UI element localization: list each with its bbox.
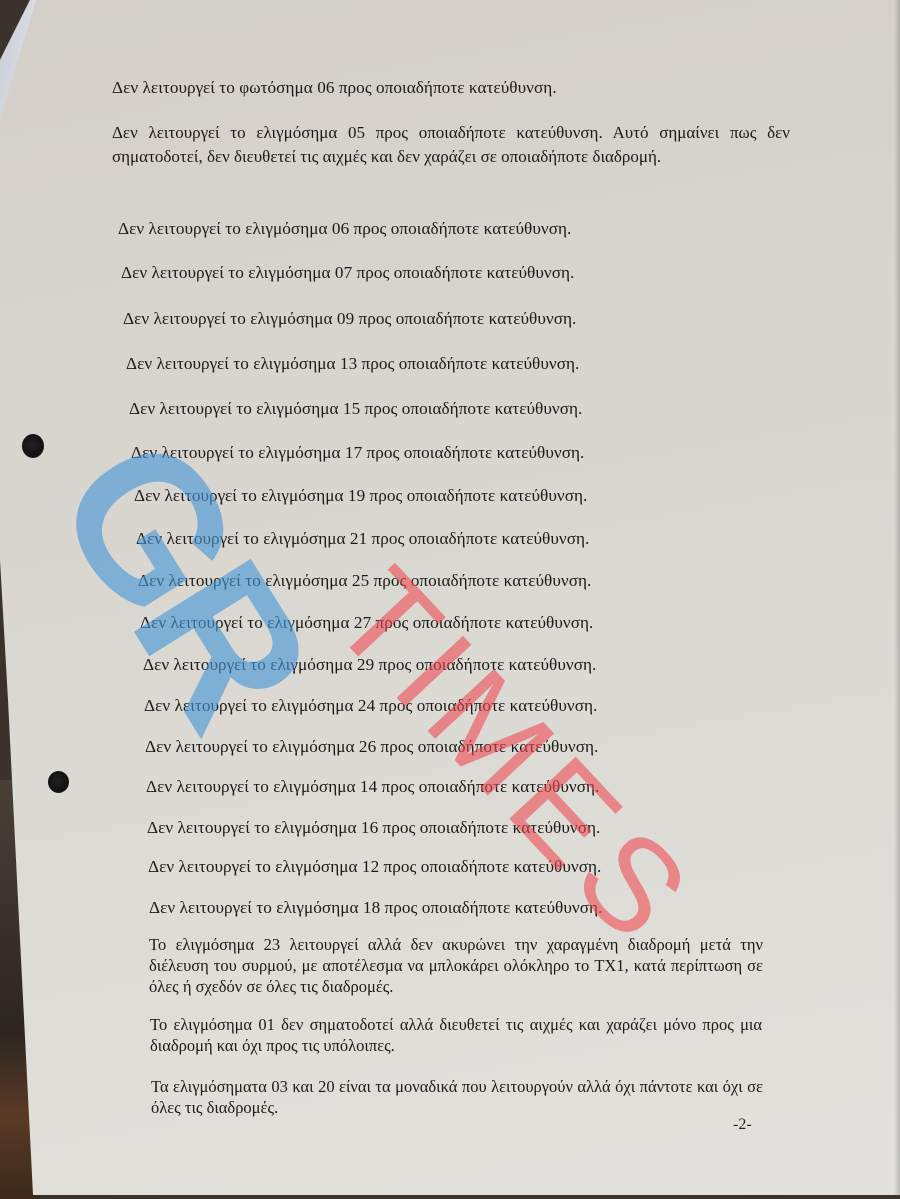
punch-hole-icon <box>48 771 69 793</box>
punch-hole-icon <box>22 434 44 458</box>
status-line: Δεν λειτουργεί το ελιγμόσημα 21 προς οπο… <box>136 527 589 551</box>
status-line: Δεν λειτουργεί το ελιγμόσημα 15 προς οπο… <box>129 397 582 421</box>
status-line: Δεν λειτουργεί το ελιγμόσημα 12 προς οπο… <box>148 855 601 879</box>
paragraph-signal-05: Δεν λειτουργεί το ελιγμόσημα 05 προς οπο… <box>112 121 790 169</box>
status-line: Δεν λειτουργεί το ελιγμόσημα 17 προς οπο… <box>131 441 584 465</box>
paragraph-signal-01: Το ελιγμόσημα 01 δεν σηματοδοτεί αλλά δι… <box>150 1014 762 1056</box>
status-line: Δεν λειτουργεί το ελιγμόσημα 19 προς οπο… <box>134 484 587 508</box>
status-line: Δεν λειτουργεί το ελιγμόσημα 09 προς οπο… <box>123 307 576 331</box>
page-fold-corner <box>0 0 36 120</box>
status-line: Δεν λειτουργεί το ελιγμόσημα 29 προς οπο… <box>143 653 596 677</box>
status-line: Δεν λειτουργεί το ελιγμόσημα 13 προς οπο… <box>126 352 579 376</box>
status-line: Δεν λειτουργεί το ελιγμόσημα 25 προς οπο… <box>138 569 591 593</box>
status-line: Δεν λειτουργεί το ελιγμόσημα 06 προς οπο… <box>118 217 571 241</box>
status-line: Δεν λειτουργεί το ελιγμόσημα 07 προς οπο… <box>121 261 574 285</box>
document-page: Δεν λειτουργεί το φωτόσημα 06 προς οποια… <box>0 0 900 1195</box>
status-line: Δεν λειτουργεί το φωτόσημα 06 προς οποια… <box>112 76 557 100</box>
status-line: Δεν λειτουργεί το ελιγμόσημα 26 προς οπο… <box>145 735 598 759</box>
status-line: Δεν λειτουργεί το ελιγμόσημα 14 προς οπο… <box>146 775 599 799</box>
page-edge-shadow <box>894 0 900 1195</box>
paragraph-signals-03-20: Τα ελιγμόσηματα 03 και 20 είναι τα μοναδ… <box>151 1076 763 1118</box>
status-line: Δεν λειτουργεί το ελιγμόσημα 24 προς οπο… <box>144 694 597 718</box>
page-number: -2- <box>733 1116 752 1134</box>
status-line: Δεν λειτουργεί το ελιγμόσημα 16 προς οπο… <box>147 816 600 840</box>
status-line: Δεν λειτουργεί το ελιγμόσημα 18 προς οπο… <box>149 896 602 920</box>
status-line: Δεν λειτουργεί το ελιγμόσημα 27 προς οπο… <box>140 611 593 635</box>
paragraph-signal-23: Το ελιγμόσημα 23 λειτουργεί αλλά δεν ακυ… <box>149 934 763 997</box>
